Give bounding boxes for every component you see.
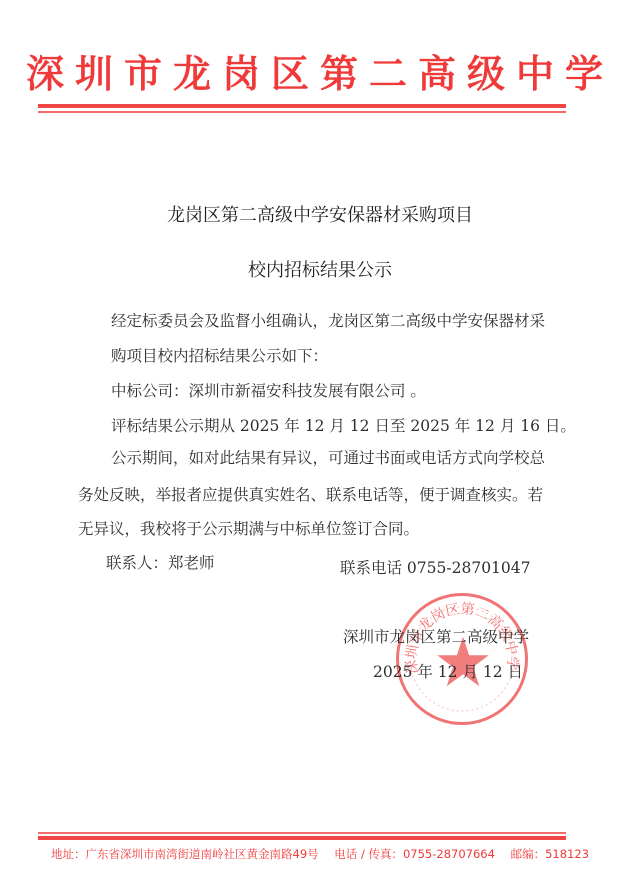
footer-address: 地址：广东省深圳市南湾街道南岭社区黄金南路49号 (51, 847, 319, 861)
footer-contact: 地址：广东省深圳市南湾街道南岭社区黄金南路49号 电话 / 传真：0755-28… (0, 846, 640, 862)
footer-rule-thin (38, 832, 566, 834)
winner-line: 中标公司：深圳市新福安科技发展有限公司 。 (111, 380, 426, 402)
document-title: 龙岗区第二高级中学安保器材采购项目 (0, 203, 640, 229)
document-subtitle: 校内招标结果公示 (0, 258, 640, 284)
contact-person: 联系人：郑老师 (106, 552, 215, 574)
header-rule-thin (38, 111, 566, 113)
footer-postcode: 邮编：518123 (511, 847, 589, 861)
letterhead-title: 深圳市龙岗区第二高级中学 (0, 52, 640, 96)
header-rule-thick (38, 104, 566, 108)
paragraph1-line2: 购项目校内招标结果公示如下： (111, 345, 328, 367)
period-line: 评标结果公示期从 2025 年 12 月 12 日至 2025 年 12 月 1… (111, 415, 576, 437)
footer-phone-fax: 电话 / 传真：0755-28707664 (334, 847, 495, 861)
official-seal: 深圳市龙岗区第二高级中学 (396, 593, 528, 725)
paragraph2-line1: 公示期间，如对此结果有异议，可通过书面或电话方式向学校总 (111, 447, 545, 469)
paragraph2-line2: 务处反映，举报者应提供真实姓名、联系电话等，便于调查核实。若 (78, 484, 543, 506)
signature-organization: 深圳市龙岗区第二高级中学 (343, 626, 529, 648)
contact-phone: 联系电话 0755-28701047 (340, 557, 531, 579)
paragraph2-line3: 无异议，我校将于公示期满与中标单位签订合同。 (78, 518, 419, 540)
footer-rule-thick (38, 836, 566, 840)
signature-date: 2025 年 12 月 12 日 (373, 661, 523, 683)
paragraph1-line1: 经定标委员会及监督小组确认，龙岗区第二高级中学安保器材采 (111, 310, 545, 332)
